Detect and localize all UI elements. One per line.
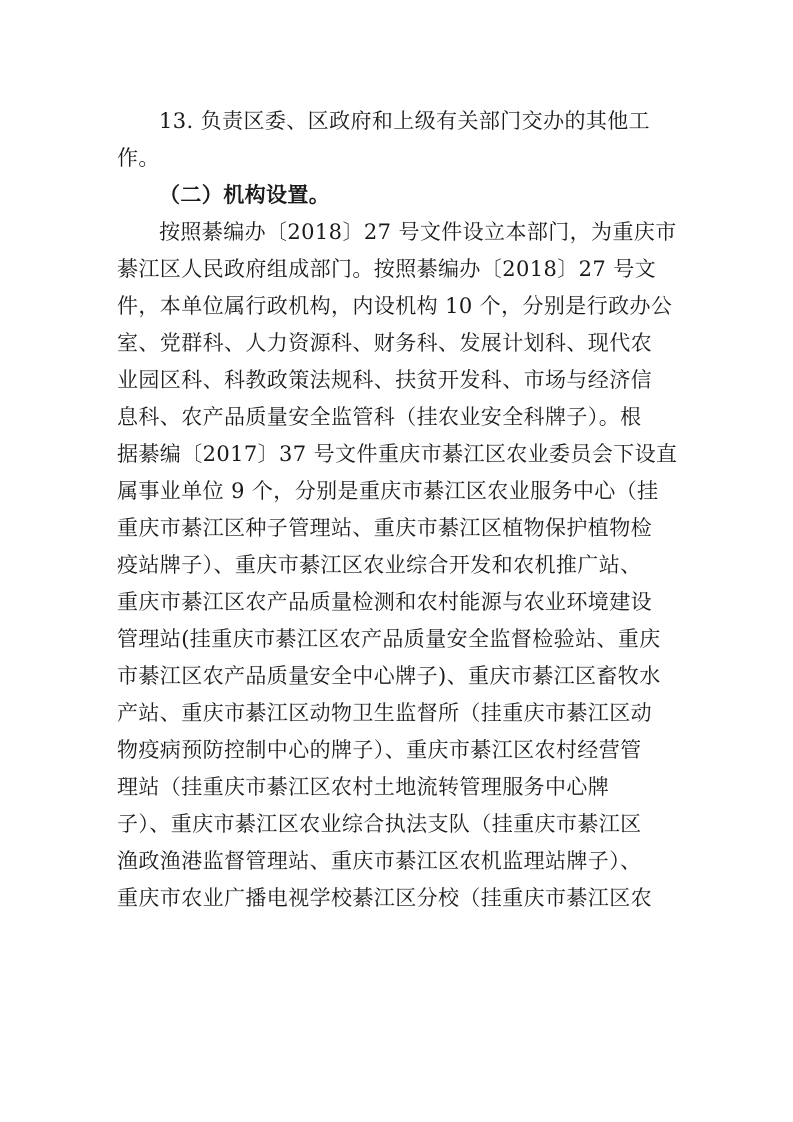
body-line: 管理站(挂重庆市綦江区农产品质量安全监督检验站、重庆 — [117, 621, 662, 658]
body-line: 按照綦编办〔2018〕27 号文件设立本部门，为重庆市 — [117, 214, 662, 251]
body-line: 属事业单位 9 个，分别是重庆市綦江区农业服务中心（挂 — [117, 473, 662, 510]
body-line: 綦江区人民政府组成部门。按照綦编办〔2018〕27 号文 — [117, 251, 662, 288]
body-line: 渔政渔港监督管理站、重庆市綦江区农机监理站牌子）、 — [117, 843, 662, 880]
body-line: 息科、农产品质量安全监管科（挂农业安全科牌子）。根 — [117, 399, 662, 436]
body-line: 子）、重庆市綦江区农业综合执法支队（挂重庆市綦江区 — [117, 806, 662, 843]
item-13-line-1: 13. 负责区委、区政府和上级有关部门交办的其他工 — [117, 103, 662, 140]
item-13-line-2: 作。 — [117, 140, 662, 177]
section-heading: （二）机构设置。 — [117, 177, 662, 214]
body-line: 室、党群科、人力资源科、财务科、发展计划科、现代农 — [117, 325, 662, 362]
body-line: 重庆市农业广播电视学校綦江区分校（挂重庆市綦江区农 — [117, 880, 662, 917]
document-page: 13. 负责区委、区政府和上级有关部门交办的其他工 作。 （二）机构设置。 按照… — [117, 103, 662, 917]
body-line: 据綦编〔2017〕37 号文件重庆市綦江区农业委员会下设直 — [117, 436, 662, 473]
body-line: 理站（挂重庆市綦江区农村土地流转管理服务中心牌 — [117, 769, 662, 806]
body-line: 重庆市綦江区农产品质量检测和农村能源与农业环境建设 — [117, 584, 662, 621]
body-line: 产站、重庆市綦江区动物卫生监督所（挂重庆市綦江区动 — [117, 695, 662, 732]
body-line: 业园区科、科教政策法规科、扶贫开发科、市场与经济信 — [117, 362, 662, 399]
body-line: 市綦江区农产品质量安全中心牌子)、重庆市綦江区畜牧水 — [117, 658, 662, 695]
body-line: 物疫病预防控制中心的牌子）、重庆市綦江区农村经营管 — [117, 732, 662, 769]
body-line: 件，本单位属行政机构，内设机构 10 个，分别是行政办公 — [117, 288, 662, 325]
body-line: 疫站牌子）、重庆市綦江区农业综合开发和农机推广站、 — [117, 547, 662, 584]
body-line: 重庆市綦江区种子管理站、重庆市綦江区植物保护植物检 — [117, 510, 662, 547]
